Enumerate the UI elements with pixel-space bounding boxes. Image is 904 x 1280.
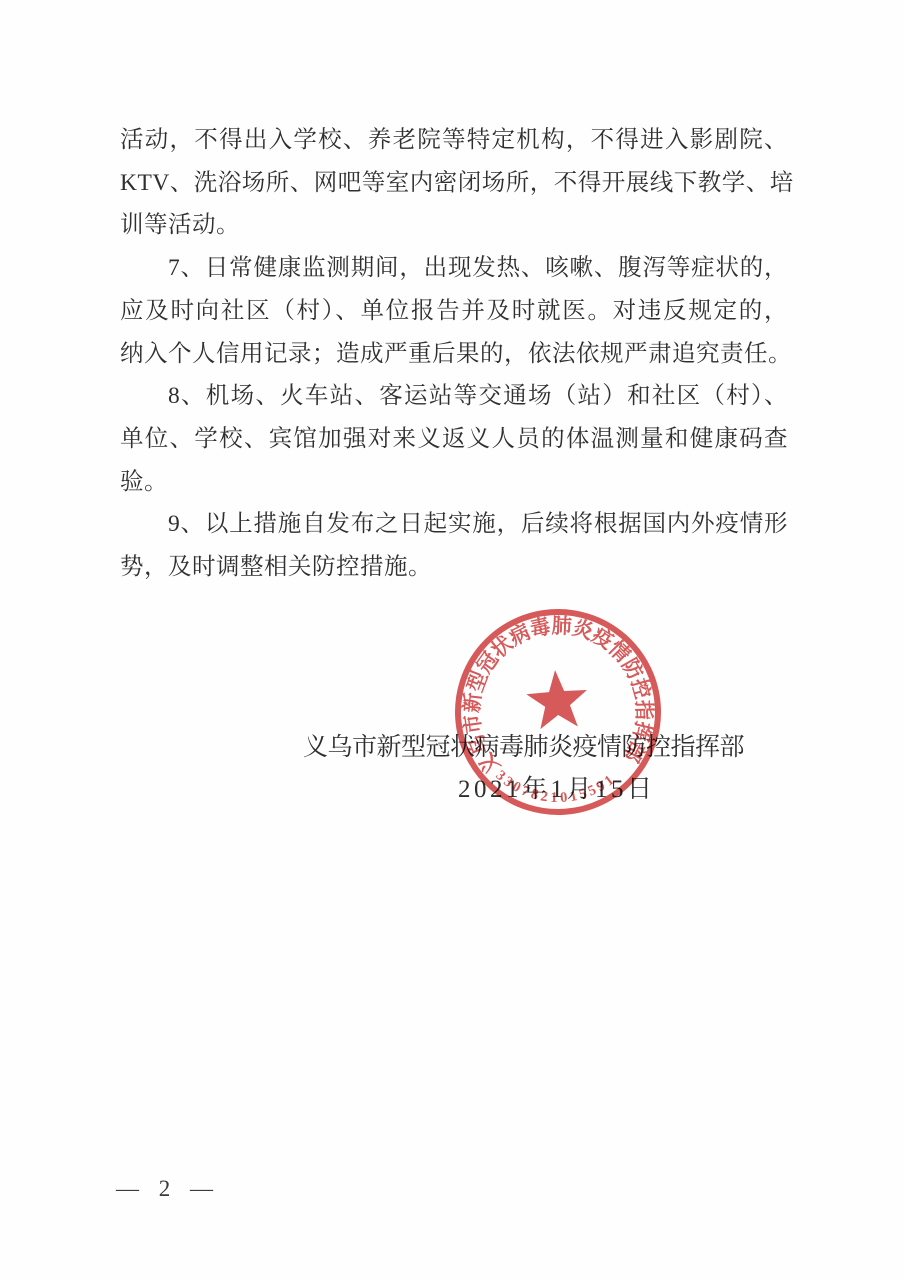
paragraph: 9、以上措施自发布之日起实施，后续将根据国内外疫情形 势，及时调整相关防控措施。: [120, 503, 788, 588]
body-line: KTV、洗浴场所、网吧等室内密闭场所，不得开展线下教学、培: [120, 162, 788, 205]
paragraph: 8、机场、火车站、客运站等交通场（站）和社区（村）、 单位、学校、宾馆加强对来义…: [120, 375, 788, 503]
body-line: 应及时向社区（村）、单位报告并及时就医。对违反规定的，: [120, 290, 788, 333]
body-line: 9、以上措施自发布之日起实施，后续将根据国内外疫情形: [120, 503, 788, 546]
page-number: — 2 —: [116, 1176, 220, 1202]
body-line: 纳入个人信用记录；造成严重后果的，依法依规严肃追究责任。: [120, 333, 788, 376]
paragraph: 7、日常健康监测期间，出现发热、咳嗽、腹泻等症状的， 应及时向社区（村）、单位报…: [120, 247, 788, 375]
document-page: 活动，不得出入学校、养老院等特定机构，不得进入影剧院、 KTV、洗浴场所、网吧等…: [0, 0, 904, 1280]
body-line: 8、机场、火车站、客运站等交通场（站）和社区（村）、: [120, 375, 788, 418]
official-seal: 义乌市新型冠状病毒肺炎疫情防控指挥部 3307821015591: [434, 588, 682, 836]
body-line: 单位、学校、宾馆加强对来义返义人员的体温测量和健康码查: [120, 418, 788, 461]
body-line: 势，及时调整相关防控措施。: [120, 546, 788, 589]
paragraph: 活动，不得出入学校、养老院等特定机构，不得进入影剧院、 KTV、洗浴场所、网吧等…: [120, 119, 788, 247]
body-line: 训等活动。: [120, 204, 788, 247]
body-line: 活动，不得出入学校、养老院等特定机构，不得进入影剧院、: [120, 119, 788, 162]
document-body: 活动，不得出入学校、养老院等特定机构，不得进入影剧院、 KTV、洗浴场所、网吧等…: [120, 119, 788, 589]
body-line: 验。: [120, 461, 788, 504]
body-line: 7、日常健康监测期间，出现发热、咳嗽、腹泻等症状的，: [120, 247, 788, 290]
seal-star-icon: [525, 668, 590, 730]
